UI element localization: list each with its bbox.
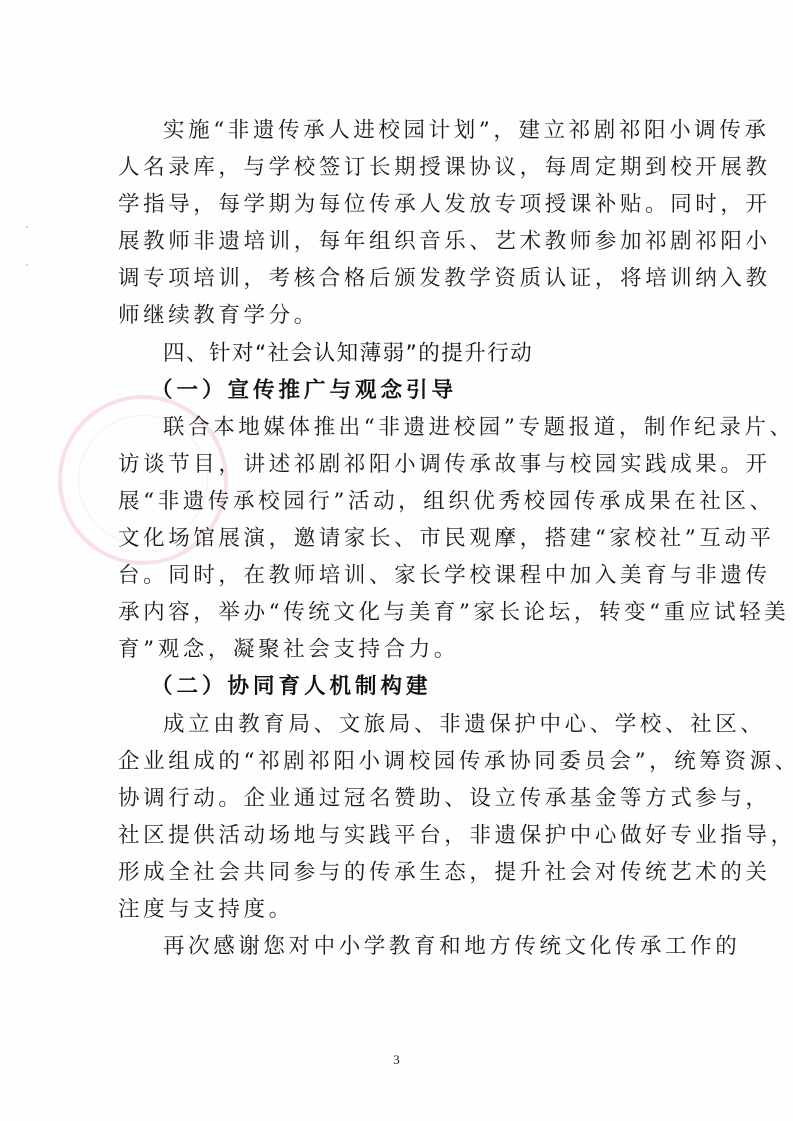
scan-speck	[26, 264, 28, 266]
page-number: 3	[0, 1052, 793, 1068]
paragraph-line: 形成全社会共同参与的传承生态，提升社会对传统艺术的关	[118, 854, 678, 891]
paragraph-line: 企业组成的“祁剧祁阳小调校园传承协同委员会”，统筹资源、	[118, 743, 678, 780]
paragraph-line: 再次感谢您对中小学教育和地方传统文化传承工作的	[118, 928, 678, 965]
paragraph-line: 师继续教育学分。	[118, 297, 678, 334]
paragraph-line: 协调行动。企业通过冠名赞助、设立传承基金等方式参与，	[118, 780, 678, 817]
paragraph-line: 承内容，举办“传统文化与美育”家长论坛，转变“重应试轻美	[118, 594, 678, 631]
paragraph-line: 联合本地媒体推出“非遗进校园”专题报道，制作纪录片、	[118, 409, 678, 446]
paragraph-line: 展教师非遗培训，每年组织音乐、艺术教师参加祁剧祁阳小	[118, 223, 678, 260]
paragraph-line: 访谈节目，讲述祁剧祁阳小调传承故事与校园实践成果。开	[118, 446, 678, 483]
paragraph-line: 成立由教育局、文旅局、非遗保护中心、学校、社区、	[118, 706, 678, 743]
scan-speck	[26, 226, 28, 228]
paragraph-line: 注度与支持度。	[118, 891, 678, 928]
paragraph-line: 育”观念，凝聚社会支持合力。	[118, 631, 678, 668]
paragraph-line: 实施“非遗传承人进校园计划”，建立祁剧祁阳小调传承	[118, 112, 678, 149]
paragraph-line: 台。同时，在教师培训、家长学校课程中加入美育与非遗传	[118, 557, 678, 594]
subsection-heading: （二）协同育人机制构建	[118, 668, 678, 705]
paragraph-line: 社区提供活动场地与实践平台，非遗保护中心做好专业指导，	[118, 817, 678, 854]
paragraph-line: 调专项培训，考核合格后颁发教学资质认证，将培训纳入教	[118, 260, 678, 297]
section-heading: 四、针对“社会认知薄弱”的提升行动	[118, 335, 678, 372]
paragraph-line: 文化场馆展演，邀请家长、市民观摩，搭建“家校社”互动平	[118, 520, 678, 557]
body-text: 实施“非遗传承人进校园计划”，建立祁剧祁阳小调传承 人名录库，与学校签订长期授课…	[118, 112, 678, 965]
document-page: 实施“非遗传承人进校园计划”，建立祁剧祁阳小调传承 人名录库，与学校签订长期授课…	[0, 0, 793, 1121]
paragraph-line: 学指导，每学期为每位传承人发放专项授课补贴。同时，开	[118, 186, 678, 223]
paragraph-line: 人名录库，与学校签订长期授课协议，每周定期到校开展教	[118, 149, 678, 186]
paragraph-line: 展“非遗传承校园行”活动，组织优秀校园传承成果在社区、	[118, 483, 678, 520]
subsection-heading: （一）宣传推广与观念引导	[118, 372, 678, 409]
